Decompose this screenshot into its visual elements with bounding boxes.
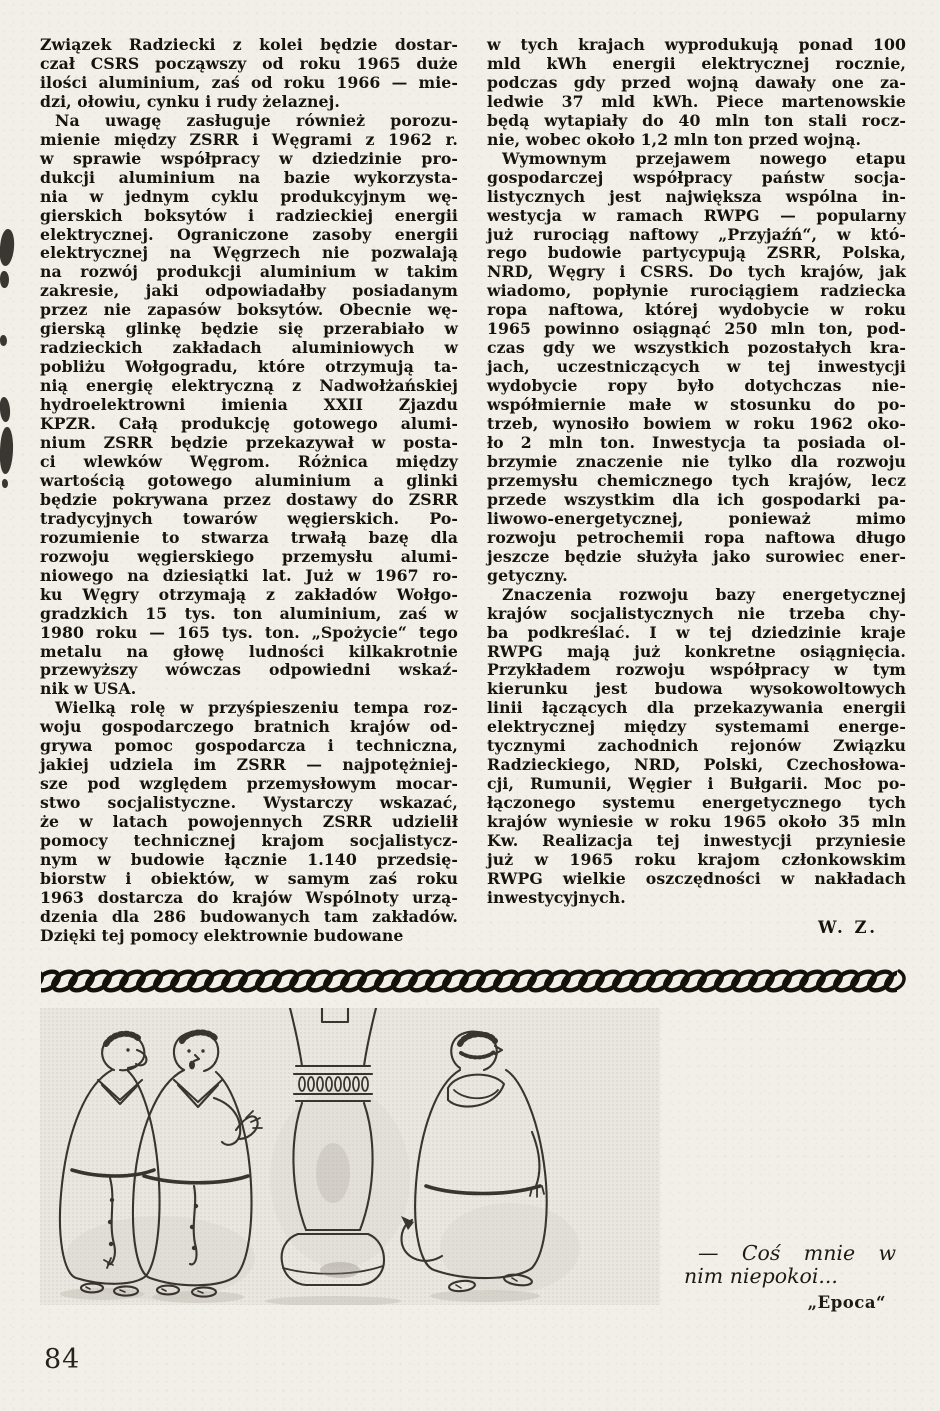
scan-artifact: [0, 335, 7, 346]
paragraph: Związek Radziecki z kolei będzie dostar-…: [40, 36, 458, 112]
scan-artifact: [0, 271, 9, 288]
text-line: już rurociąg naftowy „Przyjaźń“, w któ-: [487, 226, 906, 245]
text-line: 1963 dostarcza do krajów Wspólnoty urzą-: [40, 889, 458, 908]
article-column-left: Związek Radziecki z kolei będzie dostar-…: [40, 36, 458, 946]
text-line: liwowo-energetycznej, ponieważ mimo: [487, 510, 906, 529]
cartoon-graphic: [40, 1008, 660, 1305]
text-line: inwestycyjnych.: [487, 889, 906, 908]
text-line: nią energię elektryczną z Nadwołżańskiej: [40, 377, 458, 396]
text-line: radzieckich zakładach aluminiowych w: [40, 339, 458, 358]
scan-artifact: [0, 228, 16, 266]
text-line: RWPG mają już konkretne osiągnięcia.: [487, 643, 906, 662]
text-line: współmiernie małe w stosunku do po-: [487, 396, 906, 415]
paragraph: Wielką rolę w przyśpieszeniu tempa roz-w…: [40, 699, 458, 945]
text-line: Radzieckiego, NRD, Polski, Czechosłowa-: [487, 756, 906, 775]
text-line: ba podkreślać. I w tej dziedzinie kraje: [487, 624, 906, 643]
text-line: linii łączących dla przekazywania energi…: [487, 699, 906, 718]
scan-artifact: [2, 479, 8, 488]
paragraph: Na uwagę zasługuje również porozu-mienie…: [40, 112, 458, 700]
article-column-right: w tych krajach wyprodukują ponad 100mld …: [487, 36, 906, 938]
text-line: krajów wyniesie w roku 1965 około 35 mln: [487, 813, 906, 832]
text-line: stwo socjalistyczne. Wystarczy wskazać,: [40, 794, 458, 813]
text-line: getyczny.: [487, 567, 906, 586]
caption-source: „Epoca“: [684, 1291, 896, 1314]
text-line: Znaczenia rozwoju bazy energetycznej: [487, 586, 906, 605]
text-line: jakiej udziela im ZSRR — najpotężniej-: [40, 756, 458, 775]
text-line: Przykładem rozwoju współpracy w tym: [487, 661, 906, 680]
text-line: kierunku jest budowa wysokowoltowych: [487, 680, 906, 699]
text-line: KPZR. Całą produkcję gotowego alumi-: [40, 415, 458, 434]
text-line: wartością gotowego aluminium a glinki: [40, 472, 458, 491]
text-line: gierską glinkę będzie się przerabiało w: [40, 320, 458, 339]
text-line: westycja w ramach RWPG — popularny: [487, 207, 906, 226]
text-line: nium ZSRR będzie przekazywał w posta-: [40, 434, 458, 453]
text-line: przez nie zapasów boksytów. Obecnie wę-: [40, 301, 458, 320]
paragraph: w tych krajach wyprodukują ponad 100mld …: [487, 36, 906, 150]
text-line: elektrycznej na Węgrzech nie pozwalają: [40, 244, 458, 263]
text-line: wydobycie ropy było dotychczas nie-: [487, 377, 906, 396]
text-line: hydroelektrowni imienia XXII Zjazdu: [40, 396, 458, 415]
text-line: nia w jednym cyklu produkcyjnym wę-: [40, 188, 458, 207]
text-line: elektrycznej między systemami energe-: [487, 718, 906, 737]
text-line: przede wszystkim dla ich gospodarki pa-: [487, 491, 906, 510]
text-line: ło 2 mln ton. Inwestycja ta posiada ol-: [487, 434, 906, 453]
text-line: dukcji aluminium na bazie wykorzysta-: [40, 169, 458, 188]
text-line: przemysłu chemicznego tych krajów, lecz: [487, 472, 906, 491]
text-line: tycznymi zachodnich rejonów Związku: [487, 737, 906, 756]
text-line: jach, uczestniczących w tej inwestycji: [487, 358, 906, 377]
text-line: tradycyjnych towarów węgierskich. Po-: [40, 510, 458, 529]
text-line: Wielką rolę w przyśpieszeniu tempa roz-: [40, 699, 458, 718]
text-line: przewyższy wówczas odpowiedni wskaź-: [40, 661, 458, 680]
text-line: gospodarczej współpracy państw socja-: [487, 169, 906, 188]
text-line: Na uwagę zasługuje również porozu-: [40, 112, 458, 131]
caption-line-2: nim niepokoi...: [684, 1265, 896, 1288]
scan-artifact: [0, 427, 14, 475]
text-line: rozumienie to stwarza trwałą bazę dla: [40, 529, 458, 548]
braid-divider-graphic: [39, 966, 907, 996]
text-line: nik w USA.: [40, 680, 458, 699]
text-line: ku Węgry otrzymają z zakładów Wołgo-: [40, 586, 458, 605]
text-line: jeszcze będzie służyła jako surowiec ene…: [487, 548, 906, 567]
text-line: pomocy technicznej krajom socjalistycz-: [40, 832, 458, 851]
text-line: Dzięki tej pomocy elektrownie budowane: [40, 927, 458, 946]
magazine-page: Związek Radziecki z kolei będzie dostar-…: [0, 0, 940, 1411]
text-line: ledwie 37 mld kWh. Piece martenowskie: [487, 93, 906, 112]
author-initials: W. Z.: [487, 919, 906, 938]
text-line: metalu na głowę ludności kilkakrotnie: [40, 643, 458, 662]
text-line: łączonego systemu energetycznego tych: [487, 794, 906, 813]
text-line: krajów socjalistycznych nie trzeba chy-: [487, 605, 906, 624]
text-line: rozwoju węgierskiego przemysłu alumi-: [40, 548, 458, 567]
cartoon-caption: — Coś mnie w nim niepokoi... „Epoca“: [684, 1242, 896, 1314]
text-line: nie, wobec około 1,2 mln ton przed wojną…: [487, 131, 906, 150]
text-line: wiadomo, popłynie rurociągiem radziecka: [487, 282, 906, 301]
text-line: że w latach powojennych ZSRR udzielił: [40, 813, 458, 832]
text-line: 1980 roku — 165 tys. ton. „Spożycie“ teg…: [40, 624, 458, 643]
text-line: już w 1965 roku krajom członkowskim: [487, 851, 906, 870]
text-line: elektrycznej. Ograniczone zasoby energii: [40, 226, 458, 245]
text-line: gierskich boksytów i radzieckiej energii: [40, 207, 458, 226]
text-line: na rozwój produkcji aluminium w takim: [40, 263, 458, 282]
text-line: mld kWh energii elektrycznej rocznie,: [487, 55, 906, 74]
text-line: w tych krajach wyprodukują ponad 100: [487, 36, 906, 55]
text-line: dzi, ołowiu, cynku i rudy żelaznej.: [40, 93, 458, 112]
page-number: 84: [44, 1344, 80, 1375]
text-line: biorstw i obiektów, w samym zaś roku: [40, 870, 458, 889]
caption-line-1: — Coś mnie w: [684, 1242, 896, 1265]
text-line: będzie pokrywana przez dostawy do ZSRR: [40, 491, 458, 510]
text-line: czas gdy we wszystkich pozostałych kra-: [487, 339, 906, 358]
text-line: mienie między ZSRR i Węgrami z 1962 r.: [40, 131, 458, 150]
text-line: czał CSRS począwszy od roku 1965 duże: [40, 55, 458, 74]
text-line: sze pod względem przemysłowym mocar-: [40, 775, 458, 794]
paragraph: Wymownym przejawem nowego etapugospodarc…: [487, 150, 906, 586]
cartoon-background: [40, 1008, 660, 1305]
text-line: podczas gdy przed wojną dawały one za-: [487, 74, 906, 93]
text-line: zakresie, jaki odpowiadałby posiadanym: [40, 282, 458, 301]
text-line: RWPG wielkie oszczędności w nakładach: [487, 870, 906, 889]
text-line: będą wytapiały do 40 mln ton stali rocz-: [487, 112, 906, 131]
text-line: dzenia dla 286 budowanych tam zakładów.: [40, 908, 458, 927]
text-line: w sprawie współpracy w dziedzinie pro-: [40, 150, 458, 169]
text-line: rego budowie partycypują ZSRR, Polska,: [487, 244, 906, 263]
text-line: 1965 powinno osiągnąć 250 mln ton, pod-: [487, 320, 906, 339]
scan-artifact: [0, 397, 11, 423]
text-line: ilości aluminium, zaś od roku 1966 — mie…: [40, 74, 458, 93]
text-line: nym w budowie łącznie 1.140 przedsię-: [40, 851, 458, 870]
text-line: cji, Rumunii, Węgier i Bułgarii. Moc po-: [487, 775, 906, 794]
text-line: niowego na dziesiątki lat. Już w 1967 ro…: [40, 567, 458, 586]
text-line: NRD, Węgry i CSRS. Do tych krajów, jak: [487, 263, 906, 282]
text-line: woju gospodarczego bratnich krajów od-: [40, 718, 458, 737]
text-line: Związek Radziecki z kolei będzie dostar-: [40, 36, 458, 55]
cartoon-illustration: [40, 1008, 660, 1305]
text-line: pobliżu Wołgogradu, które otrzymują ta-: [40, 358, 458, 377]
text-line: Wymownym przejawem nowego etapu: [487, 150, 906, 169]
text-line: ci wlewków Węgrom. Różnica między: [40, 453, 458, 472]
text-line: listycznych jest największa wspólna in-: [487, 188, 906, 207]
text-line: ropa naftowa, której wydobycie w roku: [487, 301, 906, 320]
text-line: gradzkich 15 tys. ton aluminium, zaś w: [40, 605, 458, 624]
braid-divider: [39, 966, 907, 996]
paragraph: Znaczenia rozwoju bazy energetycznejkraj…: [487, 586, 906, 908]
text-line: Kw. Realizacja tej inwestycji przyniesie: [487, 832, 906, 851]
text-line: brzymie znaczenie nie tylko dla rozwoju: [487, 453, 906, 472]
text-line: trzeb, wynosiło bowiem w roku 1962 oko-: [487, 415, 906, 434]
text-line: rozwoju petrochemii ropa naftowa długo: [487, 529, 906, 548]
text-line: grywa pomoc gospodarcza i techniczna,: [40, 737, 458, 756]
